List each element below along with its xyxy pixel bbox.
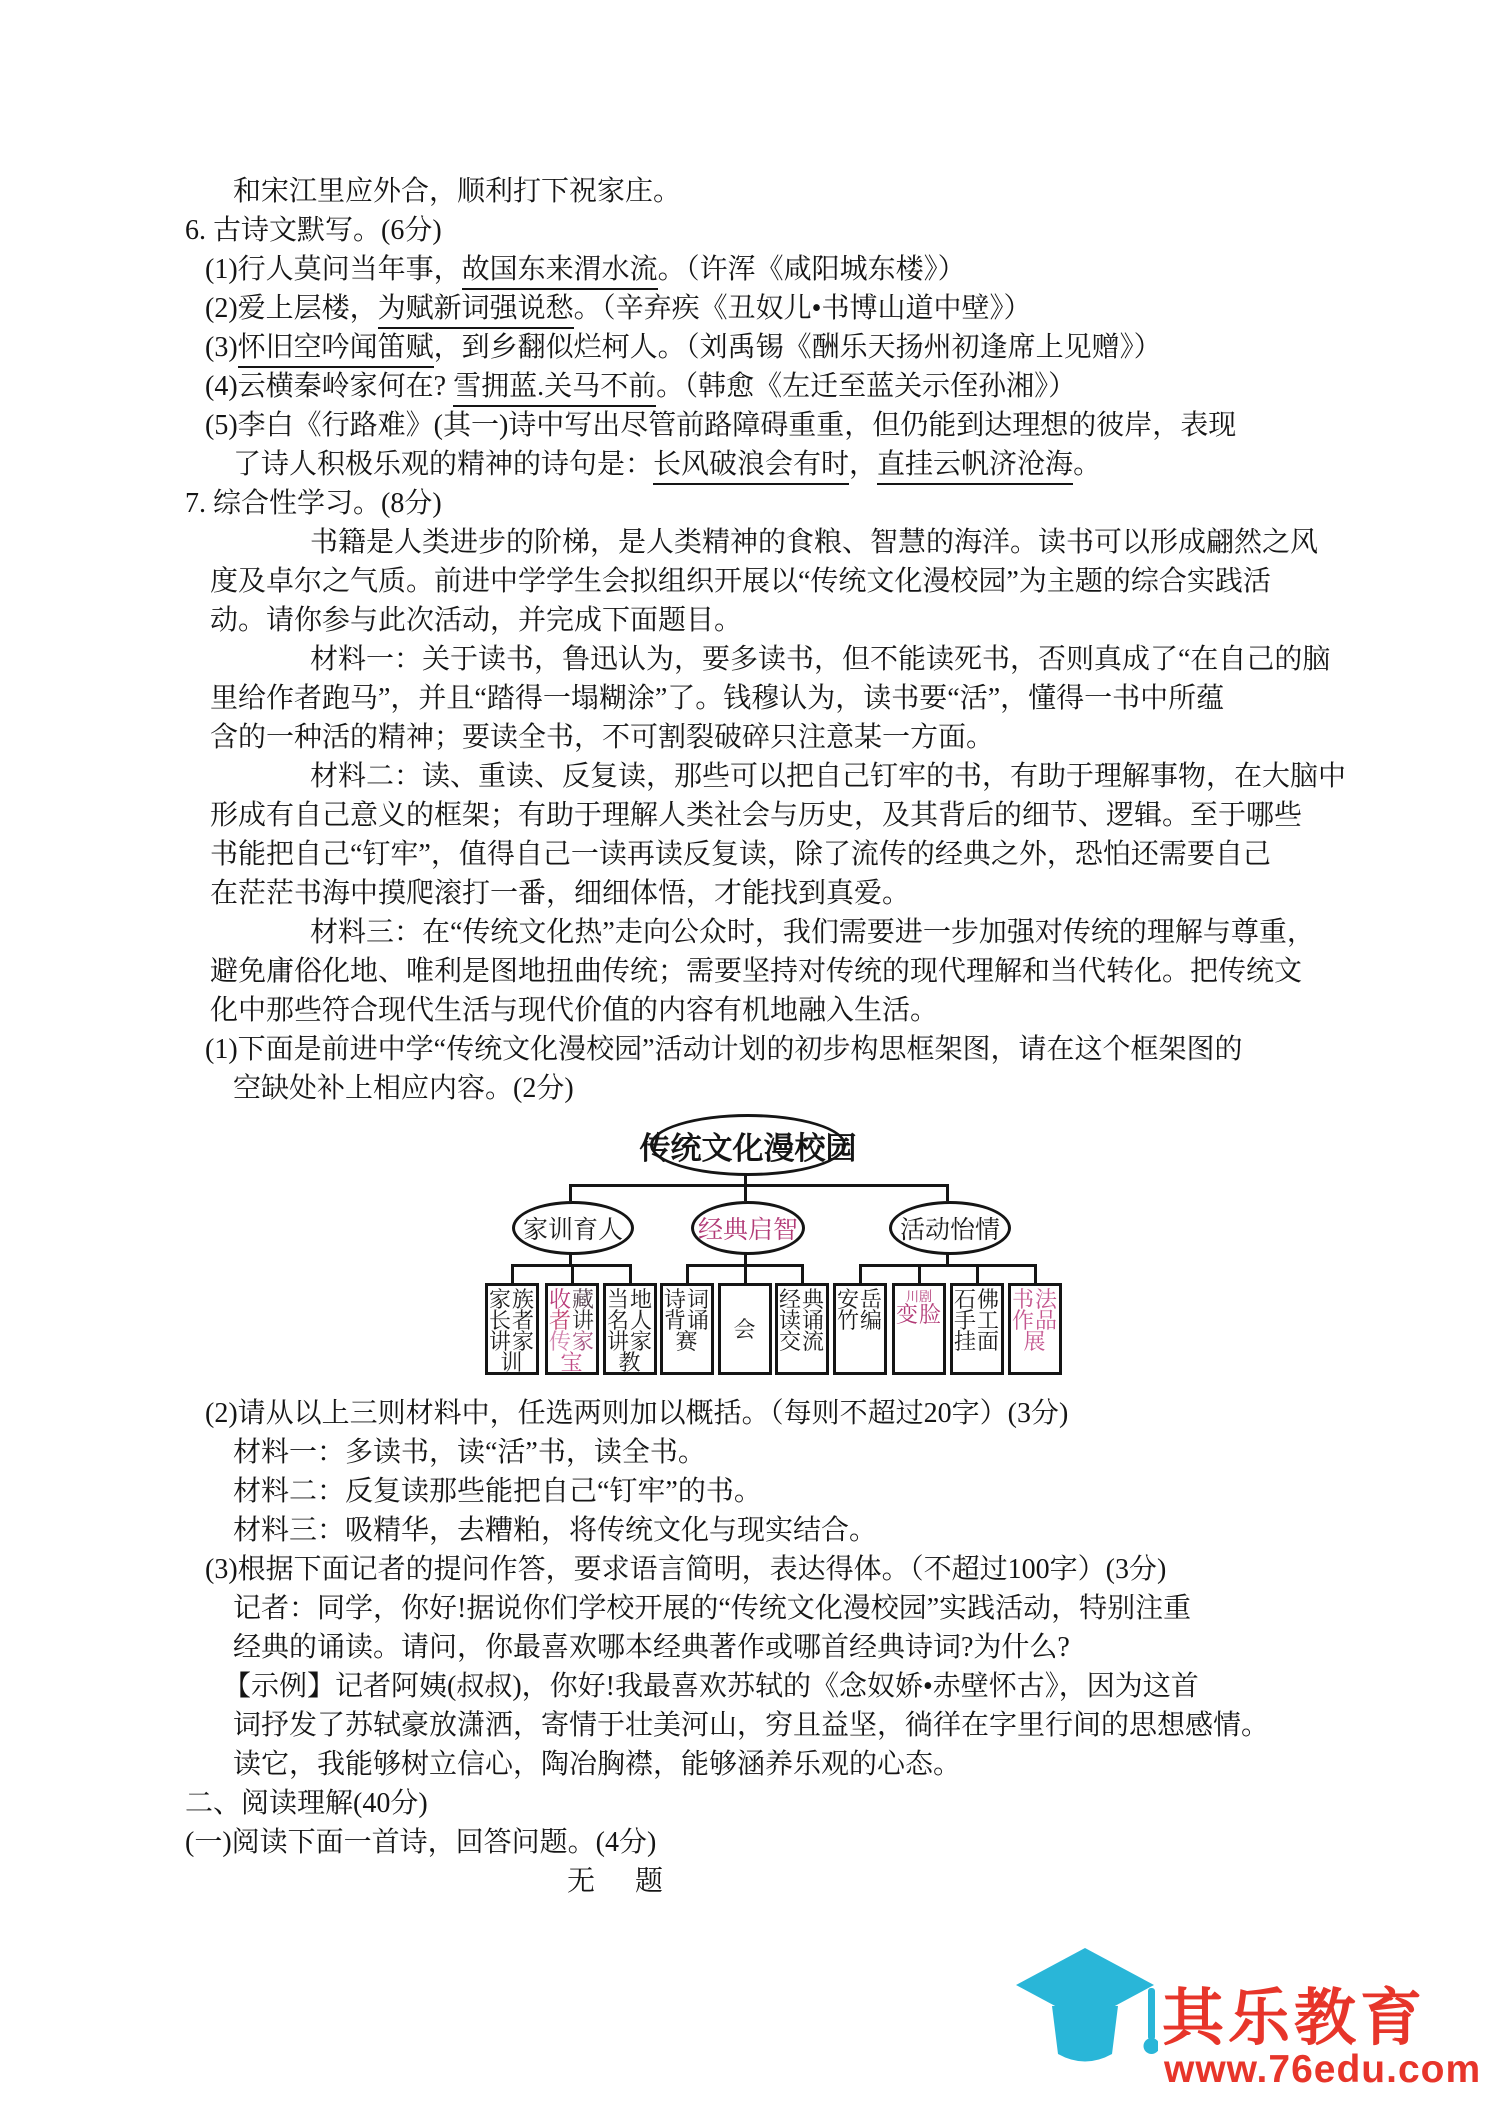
text-line: 材料二：反复读那些能把自己“钉牢”的书。 bbox=[233, 1472, 1425, 1511]
publisher-logo: 其乐教育 www.76edu.com bbox=[1012, 1940, 1482, 2105]
activity-label-row: 变脸 bbox=[896, 1304, 942, 1325]
text-segment: (5)李白《行路难》(其一)诗中写出尽管前路障碍重重，但仍能到达理想的彼岸，表现 bbox=[205, 410, 1236, 441]
underlined-answer: 雪拥蓝.关马不前 bbox=[453, 371, 656, 407]
text-line: (2)爱上层楼，为赋新词强说愁。（辛弃疾《丑奴儿•书博山道中壁》） bbox=[205, 289, 1425, 328]
text-segment: 词抒发了苏轼豪放潇洒，寄情于壮美河山，穷且益坚，徜徉在字里行间的思想感情。 bbox=[233, 1710, 1269, 1741]
connector-line bbox=[570, 1184, 947, 1187]
activity-label-row: 长者 bbox=[489, 1310, 535, 1331]
connector-line bbox=[511, 1264, 514, 1283]
text-segment: 材料三：吸精华，去糟粕，将传统文化与现实结合。 bbox=[233, 1515, 877, 1546]
activity-label-row: 手工 bbox=[954, 1310, 1000, 1331]
activity-label-char: 宝 bbox=[560, 1350, 583, 1375]
underlined-answer: 怀旧空吟闻笛赋 bbox=[238, 332, 434, 368]
activity-label-row: 训 bbox=[500, 1352, 523, 1373]
text-segment: 材料二：读、重读、反复读，那些可以把自己钉牢的书，有助于理解事物，在大脑中 bbox=[310, 761, 1346, 792]
text-segment: 记者：同学，你好!据说你们学校开展的“传统文化漫校园”实践活动，特别注重 bbox=[233, 1593, 1191, 1624]
text-segment: 避免庸俗化地、唯利是图地扭曲传统；需要坚持对传统的现代理解和当代转化。把传统文 bbox=[210, 956, 1302, 987]
activity-label-row: 挂面 bbox=[954, 1331, 1000, 1352]
connector-line bbox=[976, 1264, 979, 1283]
exam-text-column: 和宋江里应外合，顺利打下祝家庄。6. 古诗文默写。(6分)(1)行人莫问当年事，… bbox=[185, 172, 1425, 1901]
text-segment: 书籍是人类进步的阶梯，是人类精神的食粮、智慧的海洋。读书可以形成翩然之风 bbox=[310, 527, 1318, 558]
connector-line bbox=[859, 1264, 862, 1283]
text-segment: 。（许浑《咸阳城东楼》） bbox=[658, 254, 966, 285]
text-segment: (2)请从以上三则材料中，任选两则加以概括。（每则不超过20字）(3分) bbox=[205, 1398, 1068, 1429]
activity-box: 家族长者讲家训 bbox=[485, 1283, 539, 1375]
text-segment: 里给作者跑马”，并且“踏得一塌糊涂”了。钱穆认为，读书要“活”，懂得一书中所蕴 bbox=[210, 683, 1224, 714]
text-segment: 二、阅读理解(40分) bbox=[185, 1788, 428, 1819]
activity-label-row: 经典 bbox=[779, 1289, 825, 1310]
text-block-bottom: (2)请从以上三则材料中，任选两则加以概括。（每则不超过20字）(3分)材料一：… bbox=[185, 1394, 1425, 1901]
text-line: 读它，我能够树立信心，陶冶胸襟，能够涵养乐观的心态。 bbox=[233, 1745, 1425, 1784]
activity-label-row: 者讲 bbox=[549, 1310, 595, 1331]
text-segment: 了诗人积极乐观的精神的诗句是： bbox=[233, 449, 653, 480]
text-segment: 度及卓尔之气质。前进中学学生会拟组织开展以“传统文化漫校园”为主题的综合实践活 bbox=[210, 566, 1271, 597]
branch-oval: 经典启智 bbox=[691, 1201, 805, 1255]
activity-label-row: 当地 bbox=[607, 1289, 653, 1310]
text-segment: 材料一：关于读书，鲁迅认为，要多读书，但不能读死书，否则真成了“在自己的脑 bbox=[310, 644, 1330, 675]
activity-label-row: 背诵 bbox=[664, 1310, 710, 1331]
activity-label-char: 会 bbox=[733, 1317, 756, 1342]
text-segment: (3) bbox=[205, 332, 238, 363]
activity-label-char: 交 bbox=[779, 1329, 802, 1354]
text-segment: 读它，我能够树立信心，陶冶胸襟，能够涵养乐观的心态。 bbox=[233, 1749, 961, 1780]
text-segment: 。 bbox=[1073, 449, 1101, 480]
text-segment: 无 题 bbox=[567, 1866, 669, 1897]
text-line: 无 题 bbox=[567, 1862, 1425, 1901]
text-line: 避免庸俗化地、唯利是图地扭曲传统；需要坚持对传统的现代理解和当代转化。把传统文 bbox=[210, 952, 1425, 991]
text-line: (5)李白《行路难》(其一)诗中写出尽管前路障碍重重，但仍能到达理想的彼岸，表现 bbox=[205, 406, 1425, 445]
scanned-exam-page: { "document": { "lines_before_diagram": … bbox=[0, 0, 1493, 2112]
framework-diagram: 传统文化漫校园家训育人经典启智活动怡情家族长者讲家训收藏者讲传家宝当地名人讲家教… bbox=[483, 1112, 1065, 1384]
text-segment: 7. 综合性学习。(8分) bbox=[185, 488, 442, 519]
text-segment: (3)根据下面记者的提问作答，要求语言简明，表达得体。（不超过100字）(3分) bbox=[205, 1554, 1166, 1585]
text-line: 经典的诵读。请问，你最喜欢哪本经典著作或哪首经典诗词?为什么? bbox=[233, 1628, 1425, 1667]
activity-label-row: 展 bbox=[1023, 1331, 1046, 1352]
diagram-title: 传统文化漫校园 bbox=[640, 1123, 857, 1168]
text-segment: 经典的诵读。请问，你最喜欢哪本经典著作或哪首经典诗词?为什么? bbox=[233, 1632, 1070, 1663]
activity-box: 川剧变脸 bbox=[892, 1283, 946, 1375]
text-segment: 书能把自己“钉牢”，值得自己一读再读反复读，除了流传的经典之外，恐怕还需要自己 bbox=[210, 839, 1271, 870]
text-line: 6. 古诗文默写。(6分) bbox=[185, 211, 1425, 250]
text-line: (1)下面是前进中学“传统文化漫校园”活动计划的初步构思框架图，请在这个框架图的 bbox=[205, 1030, 1425, 1069]
text-segment: ，到乡翻似烂柯人。（刘禹锡《酬乐天扬州初逢席上见赠》） bbox=[434, 332, 1162, 363]
activity-box: 会 bbox=[718, 1283, 772, 1375]
activity-label-row: 赛 bbox=[675, 1331, 698, 1352]
activity-label-row: 书法 bbox=[1012, 1289, 1058, 1310]
graduation-cap-icon bbox=[1012, 1942, 1158, 2100]
activity-label-row: 作品 bbox=[1012, 1310, 1058, 1331]
text-line: (3)怀旧空吟闻笛赋，到乡翻似烂柯人。（刘禹锡《酬乐天扬州初逢席上见赠》） bbox=[205, 328, 1425, 367]
text-line: 和宋江里应外合，顺利打下祝家庄。 bbox=[233, 172, 1425, 211]
text-line: 空缺处补上相应内容。(2分) bbox=[233, 1069, 1425, 1108]
text-line: 含的一种活的精神；要读全书，不可割裂破碎只注意某一方面。 bbox=[210, 718, 1425, 757]
activity-label-row: 诗词 bbox=[664, 1289, 710, 1310]
connector-line bbox=[744, 1264, 747, 1283]
activity-label-row: 家族 bbox=[489, 1289, 535, 1310]
text-segment: (1)下面是前进中学“传统文化漫校园”活动计划的初步构思框架图，请在这个框架图的 bbox=[205, 1034, 1243, 1065]
text-segment: 材料三：在“传统文化热”走向公众时，我们需要进一步加强对传统的理解与尊重， bbox=[310, 917, 1315, 948]
activity-box: 当地名人讲家教 bbox=[603, 1283, 657, 1375]
activity-label-char: 挂 bbox=[954, 1329, 977, 1354]
text-line: 书能把自己“钉牢”，值得自己一读再读反复读，除了流传的经典之外，恐怕还需要自己 bbox=[210, 835, 1425, 874]
activity-box: 经典读诵交流 bbox=[775, 1283, 829, 1375]
brand-website: www.76edu.com bbox=[1164, 2048, 1481, 2092]
activity-label-char: 脸 bbox=[919, 1302, 942, 1327]
text-block-top: 和宋江里应外合，顺利打下祝家庄。6. 古诗文默写。(6分)(1)行人莫问当年事，… bbox=[185, 172, 1425, 1108]
text-line: 动。请你参与此次活动，并完成下面题目。 bbox=[210, 601, 1425, 640]
activity-label-char: 竹 bbox=[837, 1308, 860, 1333]
activity-label-char: 教 bbox=[618, 1350, 641, 1375]
text-segment: 材料二：反复读那些能把自己“钉牢”的书。 bbox=[233, 1476, 762, 1507]
activity-label-char: 变 bbox=[896, 1302, 919, 1327]
text-segment: 含的一种活的精神；要读全书，不可割裂破碎只注意某一方面。 bbox=[210, 722, 994, 753]
text-line: 7. 综合性学习。(8分) bbox=[185, 484, 1425, 523]
connector-line bbox=[744, 1184, 747, 1201]
activity-label-row: 名人 bbox=[607, 1310, 653, 1331]
text-line: 化中那些符合现代生活与现代价值的内容有机地融入生活。 bbox=[210, 991, 1425, 1030]
text-line: 材料一：多读书，读“活”书，读全书。 bbox=[233, 1433, 1425, 1472]
connector-line bbox=[569, 1184, 572, 1201]
text-line: 材料三：吸精华，去糟粕，将传统文化与现实结合。 bbox=[233, 1511, 1425, 1550]
activity-label-row: 教 bbox=[618, 1352, 641, 1373]
text-segment: 空缺处补上相应内容。(2分) bbox=[233, 1073, 574, 1104]
activity-label-row: 宝 bbox=[560, 1352, 583, 1373]
text-line: (一)阅读下面一首诗，回答问题。(4分) bbox=[185, 1823, 1425, 1862]
text-line: (3)根据下面记者的提问作答，要求语言简明，表达得体。（不超过100字）(3分) bbox=[205, 1550, 1425, 1589]
branch-oval: 活动怡情 bbox=[889, 1201, 1011, 1255]
activity-label-char: 面 bbox=[977, 1329, 1000, 1354]
text-segment: (2)爱上层楼， bbox=[205, 293, 378, 324]
underlined-answer: 为赋新词强说愁 bbox=[378, 293, 574, 329]
text-segment: (一)阅读下面一首诗，回答问题。(4分) bbox=[185, 1827, 656, 1858]
activity-box: 书法作品展 bbox=[1008, 1283, 1062, 1375]
text-segment: (4)云横秦岭家何在? bbox=[205, 371, 453, 402]
activity-label-row: 石佛 bbox=[954, 1289, 1000, 1310]
text-segment: 。（辛弃疾《丑奴儿•书博山道中壁》） bbox=[574, 293, 1032, 324]
underlined-answer: 直挂云帆济沧海 bbox=[877, 449, 1073, 485]
activity-label-row: 竹编 bbox=[837, 1310, 883, 1331]
activity-label-char: 流 bbox=[802, 1329, 825, 1354]
activity-label-row: 交流 bbox=[779, 1331, 825, 1352]
connector-line bbox=[859, 1264, 1036, 1267]
activity-label-row: 收藏 bbox=[549, 1289, 595, 1310]
activity-label-row: 传家 bbox=[549, 1331, 595, 1352]
text-line: 材料一：关于读书，鲁迅认为，要多读书，但不能读死书，否则真成了“在自己的脑 bbox=[210, 640, 1425, 679]
text-segment: 材料一：多读书，读“活”书，读全书。 bbox=[233, 1437, 706, 1468]
text-line: (2)请从以上三则材料中，任选两则加以概括。（每则不超过20字）(3分) bbox=[205, 1394, 1425, 1433]
connector-line bbox=[1034, 1264, 1037, 1283]
text-segment: 。（韩愈《左迁至蓝关示侄孙湘》） bbox=[656, 371, 1076, 402]
text-line: 【示例】记者阿姨(叔叔)，你好!我最喜欢苏轼的《念奴娇•赤壁怀古》，因为这首 bbox=[223, 1667, 1425, 1706]
text-segment: 化中那些符合现代生活与现代价值的内容有机地融入生活。 bbox=[210, 995, 938, 1026]
text-line: 了诗人积极乐观的精神的诗句是：长风破浪会有时，直挂云帆济沧海。 bbox=[233, 445, 1425, 484]
text-line: 形成有自己意义的框架；有助于理解人类社会与历史，及其背后的细节、逻辑。至于哪些 bbox=[210, 796, 1425, 835]
text-line: (1)行人莫问当年事，故国东来渭水流。（许浑《咸阳城东楼》） bbox=[205, 250, 1425, 289]
text-line: 里给作者跑马”，并且“踏得一塌糊涂”了。钱穆认为，读书要“活”，懂得一书中所蕴 bbox=[210, 679, 1425, 718]
text-segment: (1)行人莫问当年事， bbox=[205, 254, 462, 285]
activity-box: 安岳竹编 bbox=[833, 1283, 887, 1375]
text-line: (4)云横秦岭家何在? 雪拥蓝.关马不前。（韩愈《左迁至蓝关示侄孙湘》） bbox=[205, 367, 1425, 406]
branch-label: 经典启智 bbox=[698, 1210, 798, 1246]
connector-line bbox=[801, 1264, 804, 1283]
text-line: 书籍是人类进步的阶梯，是人类精神的食粮、智慧的海洋。读书可以形成翩然之风 bbox=[210, 523, 1425, 562]
activity-label-row: 讲家 bbox=[607, 1331, 653, 1352]
activity-box: 诗词背诵赛 bbox=[660, 1283, 714, 1375]
text-segment: 形成有自己意义的框架；有助于理解人类社会与历史，及其背后的细节、逻辑。至于哪些 bbox=[210, 800, 1302, 831]
connector-line bbox=[571, 1264, 574, 1283]
brand-name: 其乐教育 bbox=[1162, 1968, 1426, 2057]
text-line: 词抒发了苏轼豪放潇洒，寄情于壮美河山，穷且益坚，徜徉在字里行间的思想感情。 bbox=[233, 1706, 1425, 1745]
connector-line bbox=[946, 1184, 949, 1201]
text-segment: 和宋江里应外合，顺利打下祝家庄。 bbox=[233, 176, 681, 207]
text-segment: 动。请你参与此次活动，并完成下面题目。 bbox=[210, 605, 742, 636]
text-segment: 在茫茫书海中摸爬滚打一番，细细体悟，才能找到真爱。 bbox=[210, 878, 910, 909]
activity-label-char: 展 bbox=[1023, 1329, 1046, 1354]
diagram-title-ellipse: 传统文化漫校园 bbox=[650, 1114, 846, 1176]
connector-line bbox=[918, 1264, 921, 1283]
connector-line bbox=[686, 1264, 689, 1283]
activity-box: 石佛手工挂面 bbox=[950, 1283, 1004, 1375]
branch-oval: 家训育人 bbox=[512, 1201, 634, 1255]
connector-line bbox=[629, 1264, 632, 1283]
underlined-answer: 故国东来渭水流 bbox=[462, 254, 658, 290]
text-line: 记者：同学，你好!据说你们学校开展的“传统文化漫校园”实践活动，特别注重 bbox=[233, 1589, 1425, 1628]
activity-label-row: 讲家 bbox=[489, 1331, 535, 1352]
text-line: 材料三：在“传统文化热”走向公众时，我们需要进一步加强对传统的理解与尊重， bbox=[210, 913, 1425, 952]
text-line: 二、阅读理解(40分) bbox=[185, 1784, 1425, 1823]
text-segment: ， bbox=[849, 449, 877, 480]
activity-label-char: 编 bbox=[860, 1308, 883, 1333]
activity-label-char: 赛 bbox=[675, 1329, 698, 1354]
activity-label-row: 会 bbox=[733, 1319, 756, 1340]
activity-label-row: 读诵 bbox=[779, 1310, 825, 1331]
underlined-answer: 长风破浪会有时 bbox=[653, 449, 849, 485]
activity-box: 收藏者讲传家宝 bbox=[545, 1283, 599, 1375]
branch-label: 活动怡情 bbox=[900, 1210, 1000, 1246]
text-segment: 6. 古诗文默写。(6分) bbox=[185, 215, 442, 246]
text-line: 在茫茫书海中摸爬滚打一番，细细体悟，才能找到真爱。 bbox=[210, 874, 1425, 913]
text-segment: 【示例】记者阿姨(叔叔)，你好!我最喜欢苏轼的《念奴娇•赤壁怀古》，因为这首 bbox=[223, 1671, 1199, 1702]
activity-label-char: 训 bbox=[500, 1350, 523, 1375]
text-line: 度及卓尔之气质。前进中学学生会拟组织开展以“传统文化漫校园”为主题的综合实践活 bbox=[210, 562, 1425, 601]
text-line: 材料二：读、重读、反复读，那些可以把自己钉牢的书，有助于理解事物，在大脑中 bbox=[210, 757, 1425, 796]
branch-label: 家训育人 bbox=[523, 1210, 623, 1246]
activity-label-row: 安岳 bbox=[837, 1289, 883, 1310]
